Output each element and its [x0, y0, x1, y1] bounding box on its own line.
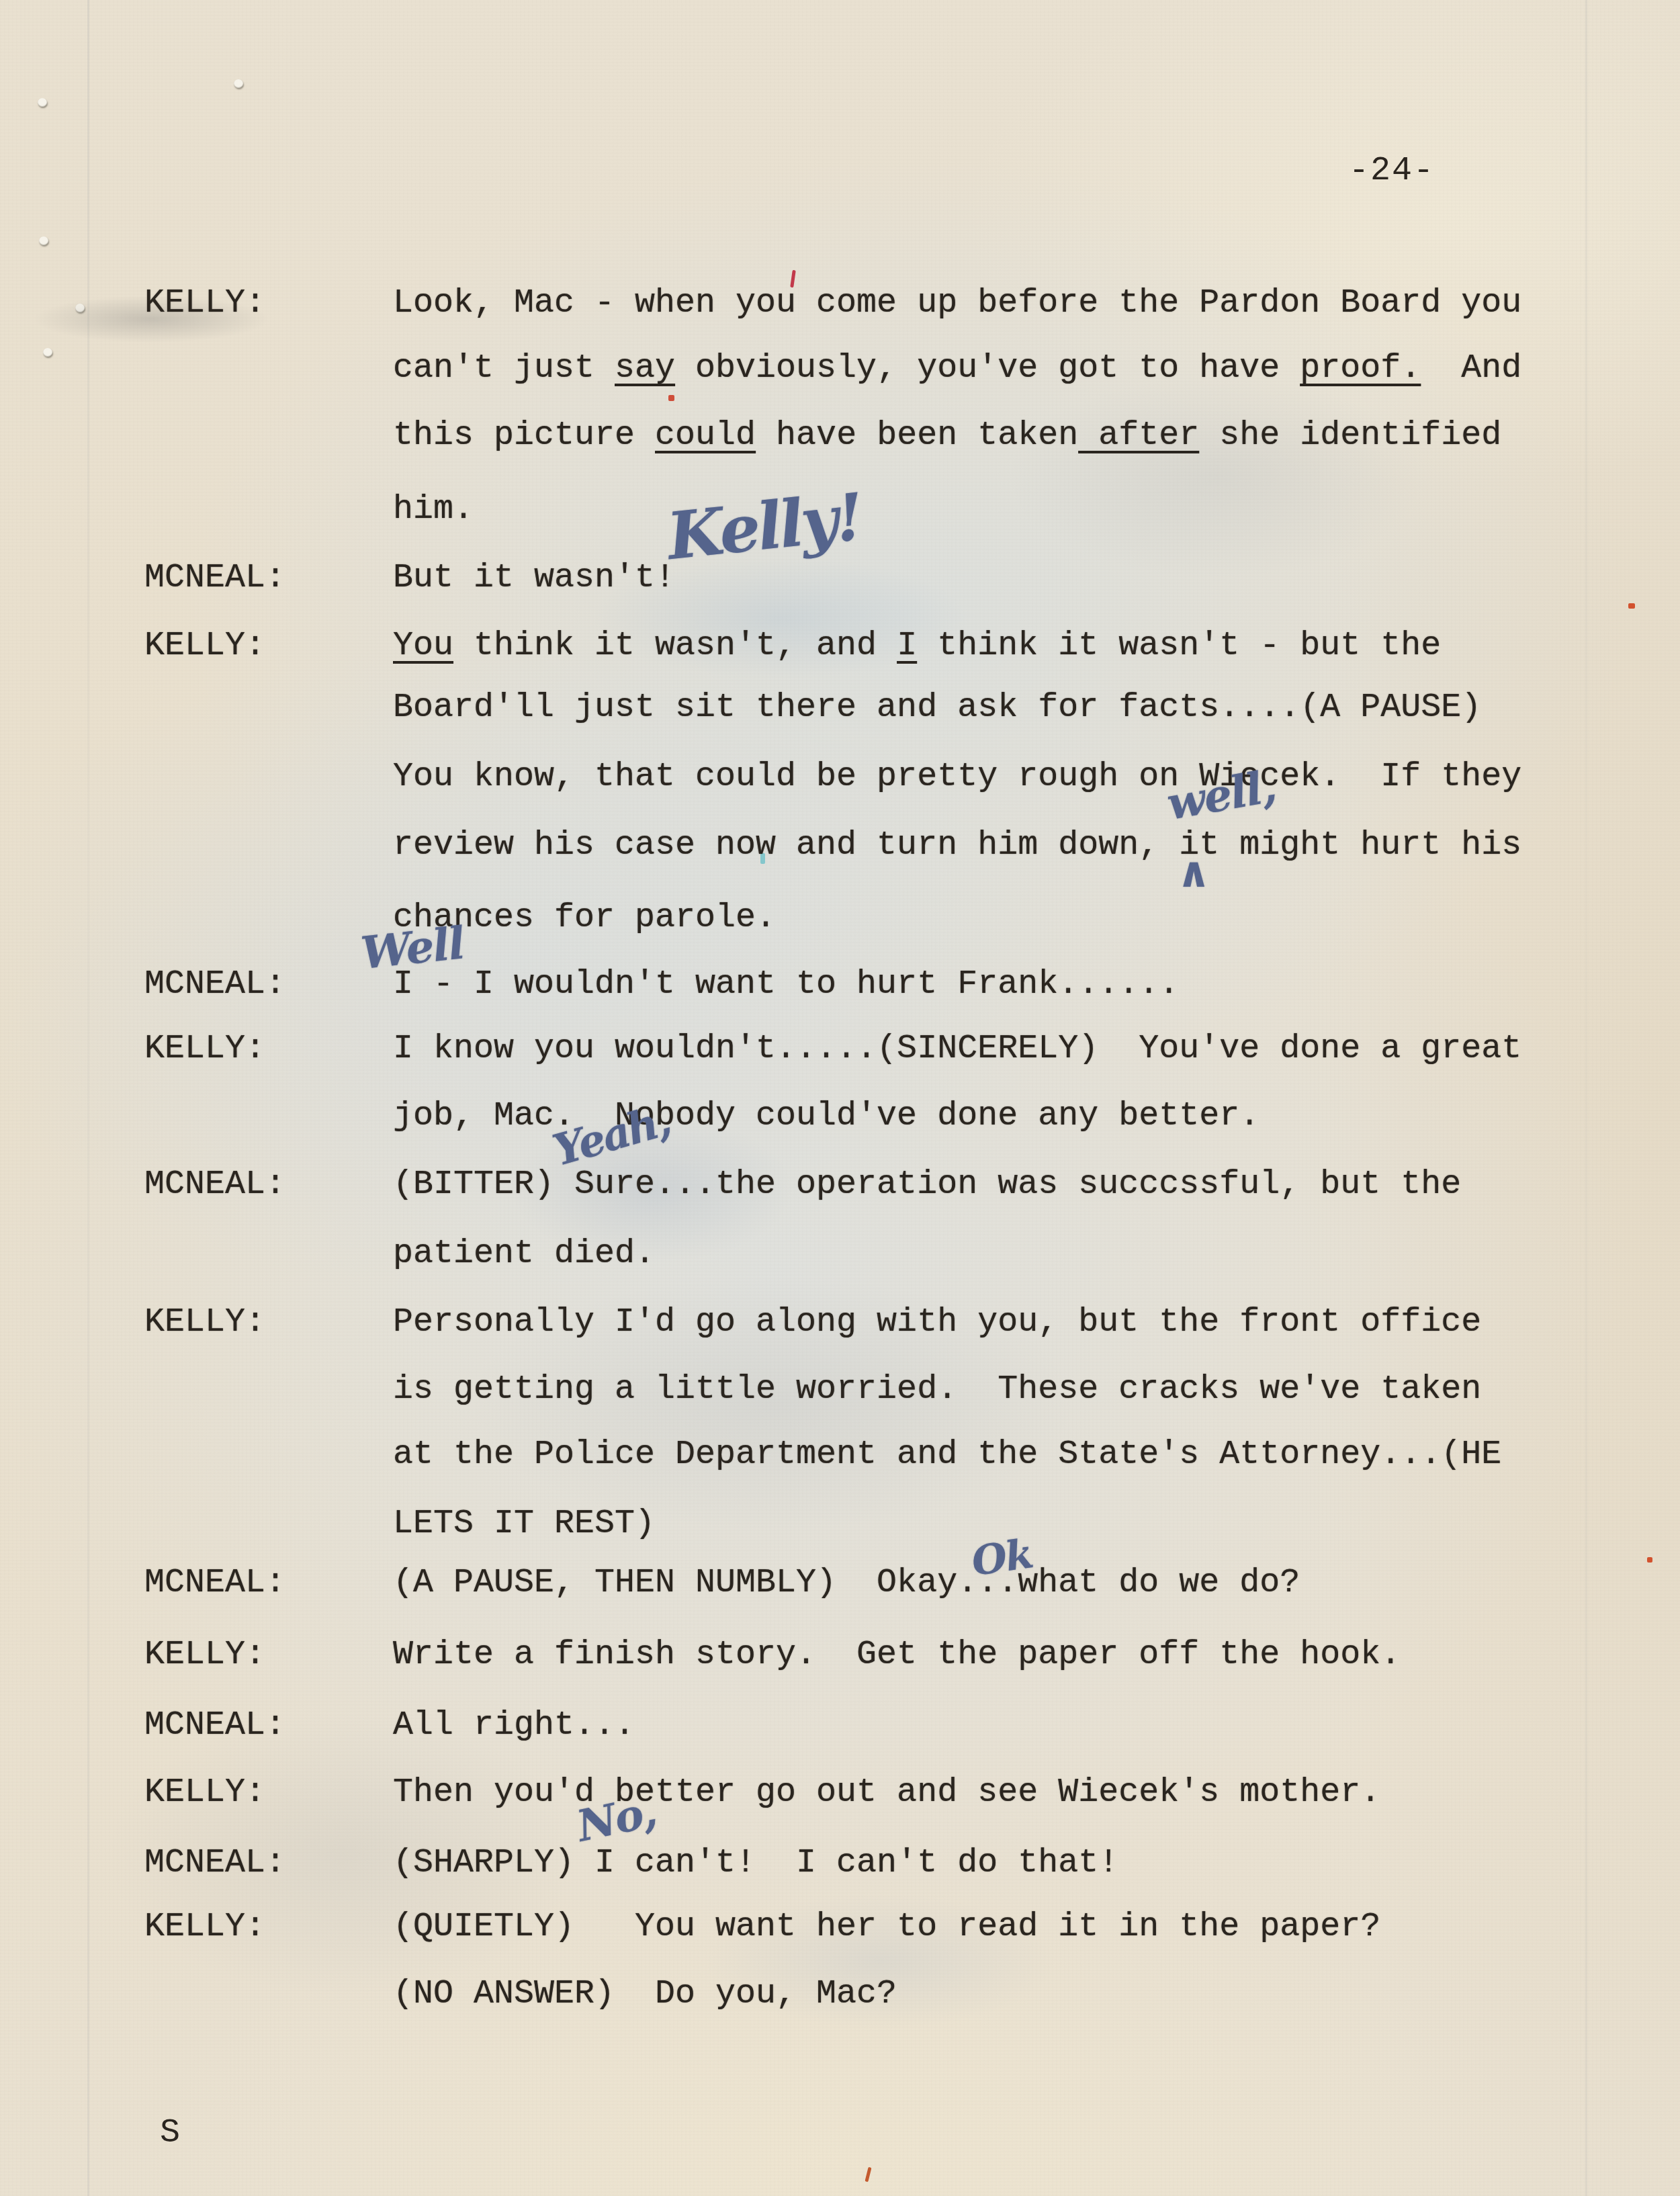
dialogue-line: (BITTER) Sure...the operation was succcs… — [393, 1168, 1461, 1202]
page-number: -24- — [1349, 155, 1435, 188]
handwritten-note: Kelly! — [664, 478, 865, 574]
typed-text: this picture — [393, 416, 655, 455]
dialogue-line: review his case now and turn him down, i… — [393, 829, 1521, 863]
typed-text: And — [1421, 349, 1521, 388]
staple-hole — [38, 98, 47, 107]
red-fiber-speck — [668, 395, 674, 401]
staple-hole — [43, 348, 52, 357]
dialogue-line: job, Mac. Nobody could've done any bette… — [393, 1100, 1259, 1133]
typed-text: Board'll just sit there and ask for fact… — [393, 689, 1481, 727]
dialogue-line: But it wasn't! — [393, 562, 675, 595]
typed-text: All right... — [393, 1706, 635, 1745]
underlined-text: after — [1078, 416, 1199, 455]
orange-speck — [1628, 603, 1635, 609]
dialogue-line: can't just say obviously, you've got to … — [393, 352, 1521, 386]
typed-text: But it wasn't! — [393, 559, 675, 597]
typed-text: (NO ANSWER) Do you, Mac? — [393, 1975, 897, 2013]
dialogue-line: I know you wouldn't.....(SINCERELY) You'… — [393, 1033, 1521, 1066]
speaker-label: MCNEAL: — [144, 1168, 285, 1202]
typed-text: can't just — [393, 349, 615, 388]
typed-text: him. — [393, 490, 474, 529]
dialogue-line: (QUIETLY) You want her to read it in the… — [393, 1910, 1380, 1944]
dialogue-line: (A PAUSE, THEN NUMBLY) Okay...what do we… — [393, 1567, 1300, 1600]
orange-fiber-speck — [865, 2167, 871, 2183]
underlined-text: You — [393, 627, 453, 665]
typed-text: You know, that could be pretty rough on … — [393, 758, 1521, 796]
left-fold-crease — [87, 0, 89, 2196]
speaker-label: KELLY: — [144, 1638, 265, 1672]
typed-text: LETS IT REST) — [393, 1505, 655, 1543]
right-fold-crease — [1585, 0, 1587, 2196]
speaker-label: KELLY: — [144, 1776, 265, 1810]
dialogue-line: You think it wasn't, and I think it wasn… — [393, 629, 1441, 663]
dialogue-line: Write a finish story. Get the paper off … — [393, 1638, 1401, 1672]
typed-text: think it wasn't, and — [453, 627, 897, 665]
typed-text: think it wasn't - but the — [917, 627, 1441, 665]
staple-hole — [39, 236, 48, 245]
dialogue-line: (SHARPLY) I can't! I can't do that! — [393, 1847, 1118, 1880]
typed-text: (BITTER) Sure...the operation was succcs… — [393, 1166, 1461, 1204]
underlined-text: could — [655, 416, 756, 455]
typed-text: I - I wouldn't want to hurt Frank...... — [393, 965, 1179, 1004]
speaker-label: KELLY: — [144, 1910, 265, 1944]
underlined-text: proof. — [1300, 349, 1421, 388]
typed-text: patient died. — [393, 1235, 655, 1273]
typed-text: I know you wouldn't.....(SINCERELY) You'… — [393, 1030, 1521, 1068]
typed-text: obviously, you've got to have — [675, 349, 1300, 388]
typed-text: she identified — [1199, 416, 1501, 455]
dialogue-line: Personally I'd go along with you, but th… — [393, 1306, 1481, 1339]
footer-mark: S — [160, 2117, 180, 2150]
speaker-label: MCNEAL: — [144, 1709, 285, 1743]
speaker-label: MCNEAL: — [144, 968, 285, 1002]
speaker-label: KELLY: — [144, 1033, 265, 1066]
typed-text: (SHARPLY) I can't! I can't do that! — [393, 1844, 1118, 1882]
caret-insertion-mark: ∧ — [1177, 848, 1210, 897]
dialogue-line: this picture could have been taken after… — [393, 419, 1501, 453]
dialogue-line: Board'll just sit there and ask for fact… — [393, 691, 1481, 725]
typed-text: at the Police Department and the State's… — [393, 1436, 1501, 1474]
underlined-text: say — [615, 349, 675, 388]
dialogue-line: patient died. — [393, 1237, 655, 1271]
dialogue-line: You know, that could be pretty rough on … — [393, 760, 1521, 794]
speaker-label: KELLY: — [144, 629, 265, 663]
paper-crinkle — [1008, 376, 1424, 578]
typed-text: have been taken — [756, 416, 1078, 455]
dialogue-line: at the Police Department and the State's… — [393, 1438, 1501, 1472]
underlined-text: I — [897, 627, 917, 665]
dialogue-line: Look, Mac - when you come up before the … — [393, 287, 1521, 320]
script-page: -24- KELLY:Look, Mac - when you come up … — [0, 0, 1680, 2196]
staple-hole — [234, 79, 243, 88]
speaker-label: MCNEAL: — [144, 562, 285, 595]
typed-text: job, Mac. Nobody could've done any bette… — [393, 1097, 1259, 1135]
dialogue-line: Then you'd better go out and see Wiecek'… — [393, 1776, 1380, 1810]
speaker-label: KELLY: — [144, 287, 265, 320]
typed-text: Then you'd better go out and see Wiecek'… — [393, 1773, 1380, 1812]
orange-speck — [1647, 1557, 1652, 1563]
handwritten-note: Ok — [969, 1530, 1035, 1585]
dialogue-line: is getting a little worried. These crack… — [393, 1373, 1481, 1407]
staple-hole — [75, 304, 85, 312]
dialogue-line: I - I wouldn't want to hurt Frank...... — [393, 968, 1179, 1002]
handwritten-note: Well — [359, 916, 466, 979]
speaker-label: MCNEAL: — [144, 1847, 285, 1880]
typed-text: (A PAUSE, THEN NUMBLY) Okay...what do we… — [393, 1564, 1300, 1602]
typed-text: Look, Mac - when you come up before the … — [393, 284, 1521, 322]
dialogue-line: LETS IT REST) — [393, 1507, 655, 1541]
dialogue-line: (NO ANSWER) Do you, Mac? — [393, 1978, 897, 2011]
typed-text: review his case now and turn him down, i… — [393, 826, 1521, 865]
typed-text: Write a finish story. Get the paper off … — [393, 1636, 1401, 1674]
speaker-label: MCNEAL: — [144, 1567, 285, 1600]
typed-text: is getting a little worried. These crack… — [393, 1370, 1481, 1409]
typed-text: Personally I'd go along with you, but th… — [393, 1303, 1481, 1342]
dialogue-line: him. — [393, 493, 474, 527]
dialogue-line: All right... — [393, 1709, 635, 1743]
typed-text: (QUIETLY) You want her to read it in the… — [393, 1908, 1380, 1946]
speaker-label: KELLY: — [144, 1306, 265, 1339]
